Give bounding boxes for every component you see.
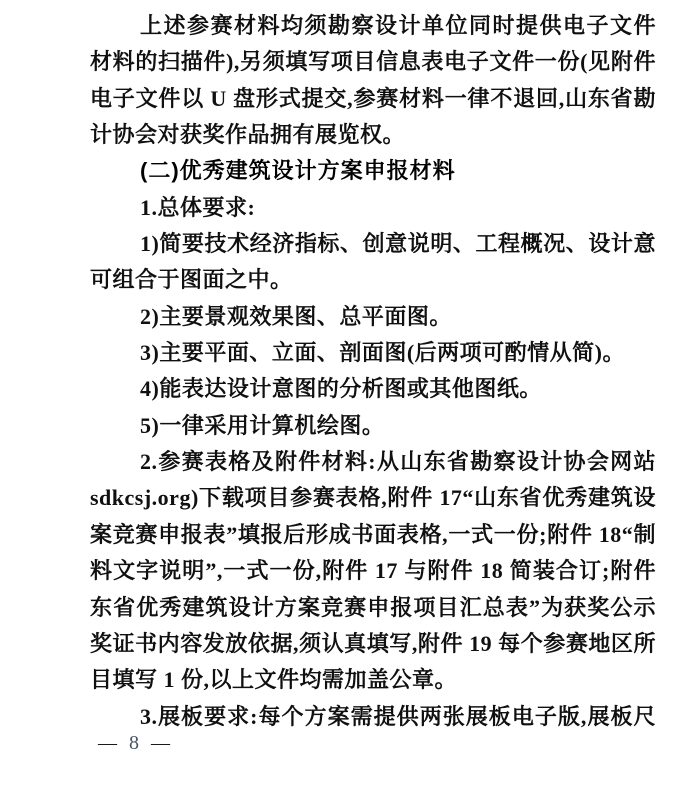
text-line: 目填写 1 份,以上文件均需加盖公章。: [90, 662, 656, 698]
document-page: 上述参赛材料均须勘察设计单位同时提供电子文件(含附件材料的扫描件),另须填写项目…: [0, 0, 694, 811]
text-line: 4)能表达设计意图的分析图或其他图纸。: [90, 371, 656, 407]
text-line: 计协会对获奖作品拥有展览权。: [90, 117, 656, 153]
document-body: 上述参赛材料均须勘察设计单位同时提供电子文件(含附件材料的扫描件),另须填写项目…: [90, 8, 656, 735]
text-line: 2.参赛表格及附件材料:从山东省勘察设计协会网站(www.: [90, 444, 656, 480]
text-line: 5)一律采用计算机绘图。: [90, 408, 656, 444]
text-line: 3)主要平面、立面、剖面图(后两项可酌情从简)。: [90, 335, 656, 371]
page-number: 8: [129, 732, 139, 755]
text-line: 料文字说明”,一式一份,附件 17 与附件 18 简装合订;附件 19“山: [90, 553, 656, 589]
page-footer: — 8 —: [98, 732, 170, 755]
text-line: 材料的扫描件),另须填写项目信息表电子文件一份(见附件 14),: [90, 44, 656, 80]
footer-dash-right: —: [151, 733, 170, 755]
text-line: sdkcsj.org)下载项目参赛表格,附件 17“山东省优秀建筑设计方: [90, 480, 656, 516]
footer-dash-left: —: [98, 733, 117, 755]
text-line: 1.总体要求:: [90, 190, 656, 226]
text-line: 可组合于图面之中。: [90, 262, 656, 298]
text-line: 东省优秀建筑设计方案竞赛申报项目汇总表”为获奖公示后的获: [90, 590, 656, 626]
text-line: 奖证书内容发放依据,须认真填写,附件 19 每个参赛地区所有项: [90, 626, 656, 662]
text-line: 电子文件以 U 盘形式提交,参赛材料一律不退回,山东省勘察设: [90, 81, 656, 117]
text-line: 3.展板要求:每个方案需提供两张展板电子版,展板尺寸 800: [90, 699, 656, 735]
text-line: 案竞赛申报表”填报后形成书面表格,一式一份;附件 18“制版材: [90, 517, 656, 553]
text-line: 1)简要技术经济指标、创意说明、工程概况、设计意图、要点,: [90, 226, 656, 262]
text-line: 2)主要景观效果图、总平面图。: [90, 299, 656, 335]
section-heading: (二)优秀建筑设计方案申报材料: [90, 153, 656, 189]
text-line: 上述参赛材料均须勘察设计单位同时提供电子文件(含附件: [90, 8, 656, 44]
